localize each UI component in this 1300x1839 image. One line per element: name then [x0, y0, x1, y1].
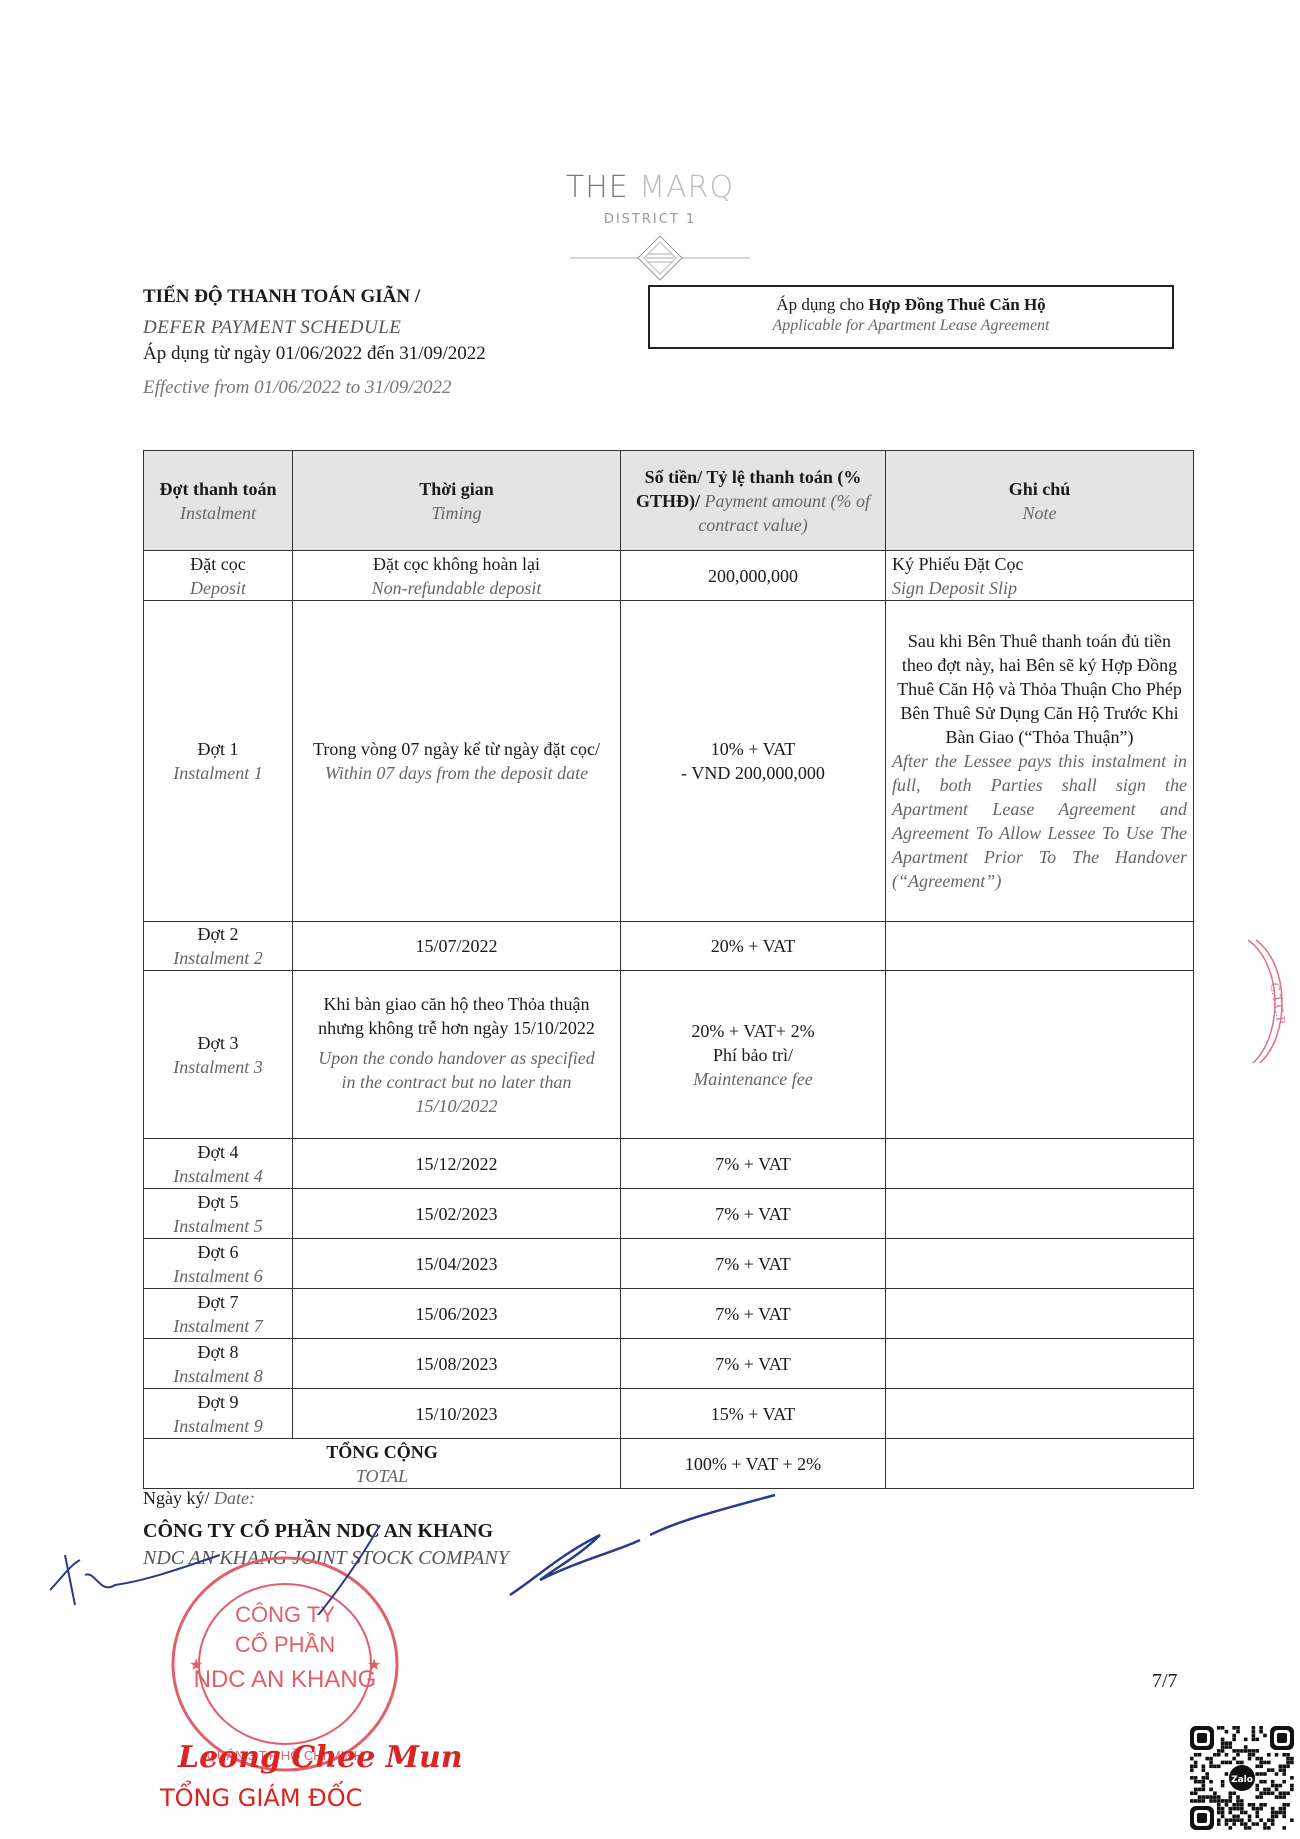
svg-text:★: ★ [189, 1657, 203, 1674]
total-label-vi: TỔNG CỘNG [150, 1440, 614, 1464]
svg-text:NDC AN KHANG: NDC AN KHANG [194, 1666, 377, 1693]
handwritten-signature-icon [40, 1485, 780, 1615]
amount-line1: 10% + VAT [627, 737, 879, 761]
instalment-en: Instalment 7 [150, 1314, 286, 1338]
instalment-en: Instalment 5 [150, 1214, 286, 1238]
cell-amount: 15% + VAT [621, 1389, 886, 1439]
cell-instalment: Đợt 5Instalment 5 [144, 1189, 293, 1239]
cell-timing: 15/12/2022 [293, 1139, 621, 1189]
cell-instalment: Đợt 1Instalment 1 [144, 601, 293, 922]
table-row-deposit: Đặt cọcDeposit Đặt cọc không hoàn lạiNon… [144, 551, 1194, 601]
instalment-en: Instalment 1 [150, 761, 286, 785]
cell-amount: 7% + VAT [621, 1189, 886, 1239]
note-vi: Sau khi Bên Thuê thanh toán đủ tiền theo… [892, 629, 1187, 749]
cell-note [886, 1189, 1194, 1239]
cell-amount: 7% + VAT [621, 1339, 886, 1389]
note-vi: Ký Phiếu Đặt Cọc [892, 552, 1187, 576]
cell-total-label: TỔNG CỘNGTOTAL [144, 1439, 621, 1489]
cell-note: Ký Phiếu Đặt CọcSign Deposit Slip [886, 551, 1194, 601]
cell-note [886, 1439, 1194, 1489]
instalment-vi: Đợt 8 [150, 1340, 286, 1364]
cell-instalment: Đợt 3Instalment 3 [144, 971, 293, 1139]
cell-instalment: Đợt 6Instalment 6 [144, 1239, 293, 1289]
instalment-en: Deposit [150, 576, 286, 600]
header-instalment-vi: Đợt thanh toán [150, 477, 286, 501]
table-row-instalment: Đợt 4Instalment 415/12/20227% + VAT [144, 1139, 1194, 1189]
cell-timing: 15/10/2023 [293, 1389, 621, 1439]
instalment-vi: Đặt cọc [150, 552, 286, 576]
header-timing: Thời gianTiming [293, 451, 621, 551]
cell-timing: Đặt cọc không hoàn lạiNon-refundable dep… [293, 551, 621, 601]
header-note: Ghi chúNote [886, 451, 1194, 551]
table-header-row: Đợt thanh toánInstalment Thời gianTiming… [144, 451, 1194, 551]
total-label-en: TOTAL [150, 1464, 614, 1488]
cell-timing: Khi bàn giao căn hộ theo Thỏa thuận nhưn… [293, 971, 621, 1139]
cell-amount: 10% + VAT- VND 200,000,000 [621, 601, 886, 922]
cell-timing: 15/04/2023 [293, 1239, 621, 1289]
cell-note [886, 1239, 1194, 1289]
cell-note [886, 1339, 1194, 1389]
header-amount-en: Payment amount (% of contract value) [698, 491, 870, 535]
instalment-vi: Đợt 6 [150, 1240, 286, 1264]
timing-vi: Khi bàn giao căn hộ theo Thỏa thuận nhưn… [299, 992, 614, 1040]
timing-vi: Đặt cọc không hoàn lại [299, 552, 614, 576]
instalment-vi: Đợt 7 [150, 1290, 286, 1314]
cell-note [886, 1389, 1194, 1439]
table-row-instalment-2: Đợt 2Instalment 2 15/07/2022 20% + VAT [144, 922, 1194, 971]
svg-text:★: ★ [367, 1657, 381, 1674]
logo-brand-dark: THE [566, 170, 639, 205]
payment-schedule-table: Đợt thanh toánInstalment Thời gianTiming… [143, 450, 1194, 1489]
header-timing-en: Timing [299, 501, 614, 525]
qr-code-icon[interactable]: Zalo [1188, 1724, 1296, 1832]
cell-timing: 15/02/2023 [293, 1189, 621, 1239]
cell-amount: 7% + VAT [621, 1289, 886, 1339]
applicability-box: Áp dụng cho Hợp Đồng Thuê Căn Hộ Applica… [648, 285, 1174, 349]
cell-instalment: Đợt 9Instalment 9 [144, 1389, 293, 1439]
table-row-instalment: Đợt 8Instalment 815/08/20237% + VAT [144, 1339, 1194, 1389]
logo-subtitle: DISTRICT 1 [0, 212, 1300, 227]
amount-line2: Phí bảo trì/ [627, 1043, 879, 1067]
instalment-en: Instalment 2 [150, 946, 286, 970]
logo-brand: THE MARQ [0, 170, 1300, 205]
header-instalment-en: Instalment [150, 501, 286, 525]
amount-line2: - VND 200,000,000 [627, 761, 879, 785]
table-row-instalment-3: Đợt 3Instalment 3 Khi bàn giao căn hộ th… [144, 971, 1194, 1139]
instalment-en: Instalment 8 [150, 1364, 286, 1388]
cell-instalment: Đợt 4Instalment 4 [144, 1139, 293, 1189]
cell-amount: 7% + VAT [621, 1239, 886, 1289]
instalment-en: Instalment 3 [150, 1055, 286, 1079]
table-row-instalment: Đợt 6Instalment 615/04/20237% + VAT [144, 1239, 1194, 1289]
instalment-vi: Đợt 4 [150, 1140, 286, 1164]
applicability-contract: Hợp Đồng Thuê Căn Hộ [868, 295, 1045, 314]
signer-name: Leong Chee Mun [178, 1740, 463, 1775]
cell-instalment: Đợt 8Instalment 8 [144, 1339, 293, 1389]
cell-timing: Trong vòng 07 ngày kể từ ngày đặt cọc/ W… [293, 601, 621, 922]
instalment-vi: Đợt 5 [150, 1190, 286, 1214]
instalment-vi: Đợt 1 [150, 737, 286, 761]
page-number: 7/7 [1152, 1670, 1178, 1693]
cell-amount: 20% + VAT+ 2%Phí bảo trì/Maintenance fee [621, 971, 886, 1139]
cell-instalment: Đợt 2Instalment 2 [144, 922, 293, 971]
applicability-vi: Áp dụng cho Hợp Đồng Thuê Căn Hộ [650, 295, 1172, 315]
cell-amount: 7% + VAT [621, 1139, 886, 1189]
instalment-en: Instalment 4 [150, 1164, 286, 1188]
instalment-en: Instalment 9 [150, 1414, 286, 1438]
header-note-en: Note [892, 501, 1187, 525]
timing-vi: Trong vòng 07 ngày kể từ ngày đặt cọc/ [313, 739, 600, 759]
cell-instalment: Đợt 7Instalment 7 [144, 1289, 293, 1339]
svg-text:C.T.C.P: C.T.C.P [1267, 982, 1288, 1025]
cell-amount: 200,000,000 [621, 551, 886, 601]
note-en: After the Lessee pays this instalment in… [892, 749, 1187, 893]
amount-line1: 20% + VAT+ 2% [627, 1019, 879, 1043]
table-row-instalment: Đợt 9Instalment 915/10/202315% + VAT [144, 1389, 1194, 1439]
cell-note [886, 1139, 1194, 1189]
table-row-instalment: Đợt 7Instalment 715/06/20237% + VAT [144, 1289, 1194, 1339]
instalment-vi: Đợt 2 [150, 922, 286, 946]
note-en: Sign Deposit Slip [892, 576, 1187, 600]
applicability-prefix: Áp dụng cho [776, 295, 868, 314]
timing-en: Within 07 days from the deposit date [325, 763, 588, 783]
applicability-en: Applicable for Apartment Lease Agreement [650, 317, 1172, 335]
header-instalment: Đợt thanh toánInstalment [144, 451, 293, 551]
header-amount: Số tiền/ Tỷ lệ thanh toán (% GTHĐ)/ Paym… [621, 451, 886, 551]
cell-timing: 15/06/2023 [293, 1289, 621, 1339]
cell-instalment: Đặt cọcDeposit [144, 551, 293, 601]
effective-date-en: Effective from 01/06/2022 to 31/09/2022 [143, 377, 452, 399]
side-seal-icon: C.T.C.P [1238, 935, 1288, 1065]
cell-note [886, 922, 1194, 971]
diamond-emblem-icon [570, 234, 750, 282]
timing-en: Non-refundable deposit [299, 576, 614, 600]
cell-timing: 15/08/2023 [293, 1339, 621, 1389]
table-row-instalment-1: Đợt 1Instalment 1 Trong vòng 07 ngày kể … [144, 601, 1194, 922]
header-note-vi: Ghi chú [892, 477, 1187, 501]
svg-text:CỔ PHẦN: CỔ PHẦN [235, 1632, 335, 1657]
cell-note: Sau khi Bên Thuê thanh toán đủ tiền theo… [886, 601, 1194, 922]
logo-brand-light: MARQ [639, 170, 734, 205]
timing-en: Upon the condo handover as specified in … [299, 1046, 614, 1118]
svg-text:Zalo: Zalo [1231, 1775, 1253, 1785]
cell-note [886, 1289, 1194, 1339]
page-title-en: DEFER PAYMENT SCHEDULE [143, 317, 401, 339]
table-row-instalment: Đợt 5Instalment 515/02/20237% + VAT [144, 1189, 1194, 1239]
amount-line3: Maintenance fee [627, 1067, 879, 1091]
header-timing-vi: Thời gian [299, 477, 614, 501]
page-title: TIẾN ĐỘ THANH TOÁN GIÃN / [143, 286, 420, 308]
cell-amount: 20% + VAT [621, 922, 886, 971]
instalment-vi: Đợt 9 [150, 1390, 286, 1414]
instalment-en: Instalment 6 [150, 1264, 286, 1288]
table-row-total: TỔNG CỘNGTOTAL 100% + VAT + 2% [144, 1439, 1194, 1489]
cell-note [886, 971, 1194, 1139]
effective-date-vi: Áp dụng từ ngày 01/06/2022 đến 31/09/202… [143, 343, 486, 365]
cell-total-amount: 100% + VAT + 2% [621, 1439, 886, 1489]
instalment-vi: Đợt 3 [150, 1031, 286, 1055]
signer-title: TỔNG GIÁM ĐỐC [160, 1784, 362, 1812]
cell-timing: 15/07/2022 [293, 922, 621, 971]
